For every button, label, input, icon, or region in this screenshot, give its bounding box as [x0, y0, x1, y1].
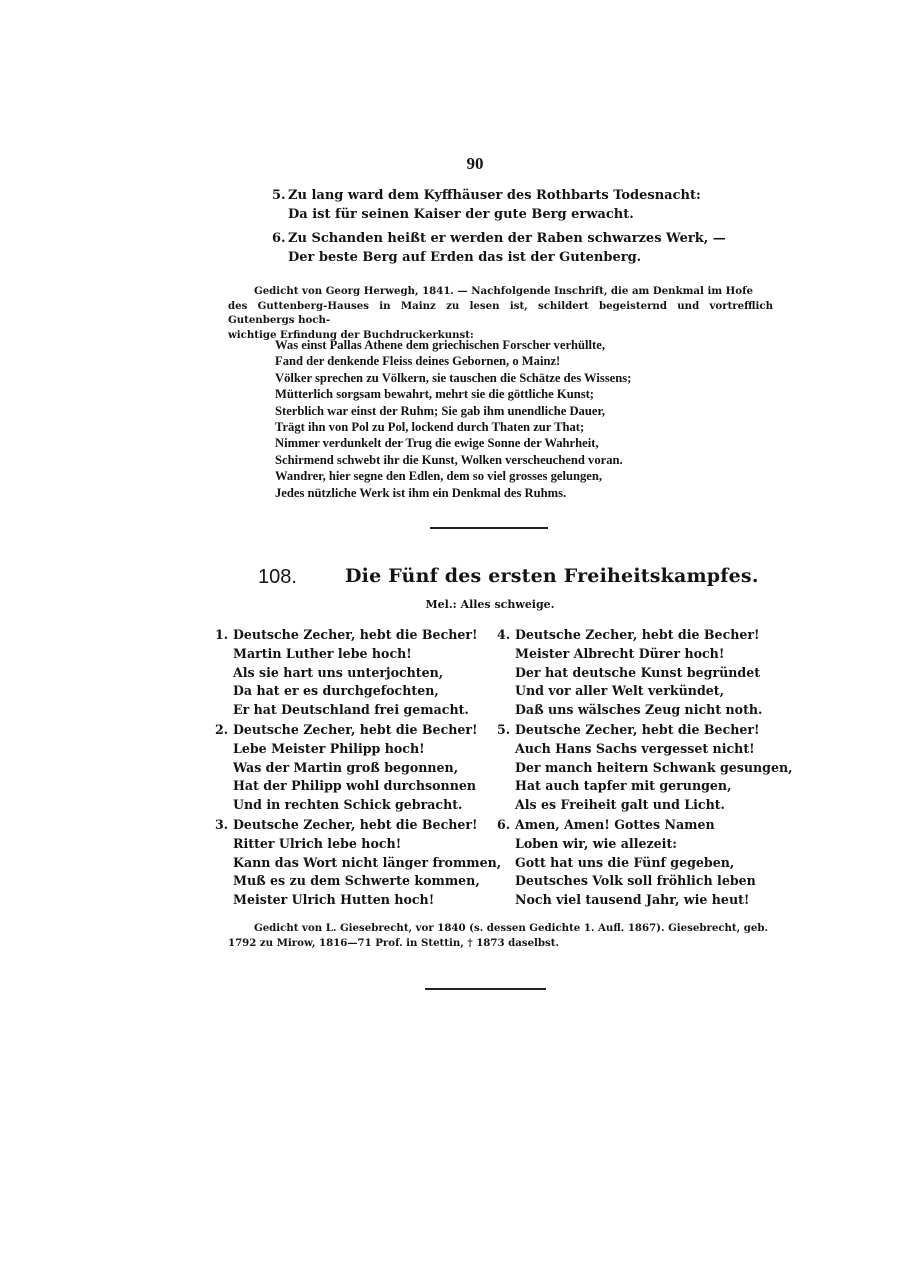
- verse-line: Ritter Ulrich lebe hoch!: [215, 835, 501, 854]
- verse-4: 4.Deutsche Zecher, hebt die Becher! Meis…: [497, 626, 762, 720]
- verse-number: 1.: [215, 626, 233, 645]
- verse-line: Daß uns wälsches Zeug nicht noth.: [497, 701, 762, 720]
- verse-line: Noch viel tausend Jahr, wie heut!: [497, 891, 756, 910]
- stanza-line: 5.Zu lang ward dem Kyffhäuser des Rothba…: [272, 186, 701, 205]
- stanza-line: Da ist für seinen Kaiser der gute Berg e…: [272, 205, 701, 224]
- verse-line: Auch Hans Sachs vergesset nicht!: [497, 740, 793, 759]
- verse-line: Deutsche Zecher, hebt die Becher!: [233, 722, 478, 737]
- herwegh-note: Gedicht von Georg Herwegh, 1841. — Nachf…: [228, 284, 773, 342]
- verse-line: Deutsches Volk soll fröhlich leben: [497, 872, 756, 891]
- song-melody: Mel.: Alles schweige.: [0, 598, 900, 611]
- stanza-line: 6.Zu Schanden heißt er werden der Raben …: [272, 229, 726, 248]
- inscription-line: Nimmer verdunkelt der Trug die ewige Son…: [275, 435, 631, 451]
- inscription-line: Jedes nützliche Werk ist ihm ein Denkmal…: [275, 485, 631, 501]
- verse-line: Und vor aller Welt verkündet,: [497, 682, 762, 701]
- verse-line: Amen, Amen! Gottes Namen: [515, 817, 715, 832]
- verse-line: Er hat Deutschland frei gemacht.: [215, 701, 478, 720]
- page-number: 90: [0, 154, 900, 174]
- note-line: Gedicht von L. Giesebrecht, vor 1840 (s.…: [228, 921, 778, 936]
- verse-line: Meister Ulrich Hutten hoch!: [215, 891, 501, 910]
- verse-line: Lebe Meister Philipp hoch!: [215, 740, 478, 759]
- verse-5: 5.Deutsche Zecher, hebt die Becher! Auch…: [497, 721, 793, 815]
- song-title: Die Fünf des ersten Freiheitskampfes.: [345, 565, 759, 587]
- note-line: 1792 zu Mirow, 1816—71 Prof. in Stettin,…: [228, 936, 778, 951]
- note-line: des Guttenberg-Hauses in Mainz zu lesen …: [228, 299, 773, 328]
- verse-line: Hat auch tapfer mit gerungen,: [497, 777, 793, 796]
- verse-3: 3.Deutsche Zecher, hebt die Becher! Ritt…: [215, 816, 501, 910]
- verse-6: 6.Amen, Amen! Gottes Namen Loben wir, wi…: [497, 816, 756, 910]
- verse-line: Als es Freiheit galt und Licht.: [497, 796, 793, 815]
- verse-line: Deutsche Zecher, hebt die Becher!: [233, 817, 478, 832]
- stanza-number: 5.: [272, 186, 288, 205]
- verse-line: Loben wir, wie allezeit:: [497, 835, 756, 854]
- verse-line: Was der Martin groß begonnen,: [215, 759, 478, 778]
- stanza-line: Der beste Berg auf Erden das ist der Gut…: [272, 248, 726, 267]
- verse-line: Kann das Wort nicht länger frommen,: [215, 854, 501, 873]
- previous-poem-stanza-5: 5.Zu lang ward dem Kyffhäuser des Rothba…: [272, 186, 701, 224]
- inscription-line: Schirmend schwebt ihr die Kunst, Wolken …: [275, 452, 631, 468]
- end-divider: [425, 988, 546, 990]
- verse-number: 4.: [497, 626, 515, 645]
- inscription-line: Sterblich war einst der Ruhm; Sie gab ih…: [275, 403, 631, 419]
- verse-line: Muß es zu dem Schwerte kommen,: [215, 872, 501, 891]
- section-divider: [430, 527, 548, 529]
- verse-number: 6.: [497, 816, 515, 835]
- verse-line: Der hat deutsche Kunst begründet: [497, 664, 762, 683]
- verse-1: 1.Deutsche Zecher, hebt die Becher! Mart…: [215, 626, 478, 720]
- verse-line: Deutsche Zecher, hebt die Becher!: [515, 627, 760, 642]
- verse-line: Und in rechten Schick gebracht.: [215, 796, 478, 815]
- inscription-line: Fand der denkende Fleiss deines Gebornen…: [275, 353, 631, 369]
- verse-line: Als sie hart uns unterjochten,: [215, 664, 478, 683]
- verse-2: 2.Deutsche Zecher, hebt die Becher! Lebe…: [215, 721, 478, 815]
- verse-number: 5.: [497, 721, 515, 740]
- stanza-number: 6.: [272, 229, 288, 248]
- giesebrecht-note: Gedicht von L. Giesebrecht, vor 1840 (s.…: [228, 921, 778, 950]
- gutenberg-inscription: Was einst Pallas Athene dem griechischen…: [275, 337, 631, 501]
- inscription-line: Trägt ihn von Pol zu Pol, lockend durch …: [275, 419, 631, 435]
- verse-line: Der manch heitern Schwank gesungen,: [497, 759, 793, 778]
- verse-line: Hat der Philipp wohl durchsonnen: [215, 777, 478, 796]
- inscription-line: Mütterlich sorgsam bewahrt, mehrt sie di…: [275, 386, 631, 402]
- inscription-line: Wandrer, hier segne den Edlen, dem so vi…: [275, 468, 631, 484]
- verse-line: Gott hat uns die Fünf gegeben,: [497, 854, 756, 873]
- verse-line: Martin Luther lebe hoch!: [215, 645, 478, 664]
- verse-line: Da hat er es durchgefochten,: [215, 682, 478, 701]
- inscription-line: Was einst Pallas Athene dem griechischen…: [275, 337, 631, 353]
- verse-number: 2.: [215, 721, 233, 740]
- verse-line: Deutsche Zecher, hebt die Becher!: [233, 627, 478, 642]
- note-line: Gedicht von Georg Herwegh, 1841. — Nachf…: [228, 284, 773, 299]
- verse-number: 3.: [215, 816, 233, 835]
- inscription-line: Völker sprechen zu Völkern, sie tauschen…: [275, 370, 631, 386]
- song-number: 108.: [258, 566, 297, 589]
- previous-poem-stanza-6: 6.Zu Schanden heißt er werden der Raben …: [272, 229, 726, 267]
- verse-line: Meister Albrecht Dürer hoch!: [497, 645, 762, 664]
- verse-line: Deutsche Zecher, hebt die Becher!: [515, 722, 760, 737]
